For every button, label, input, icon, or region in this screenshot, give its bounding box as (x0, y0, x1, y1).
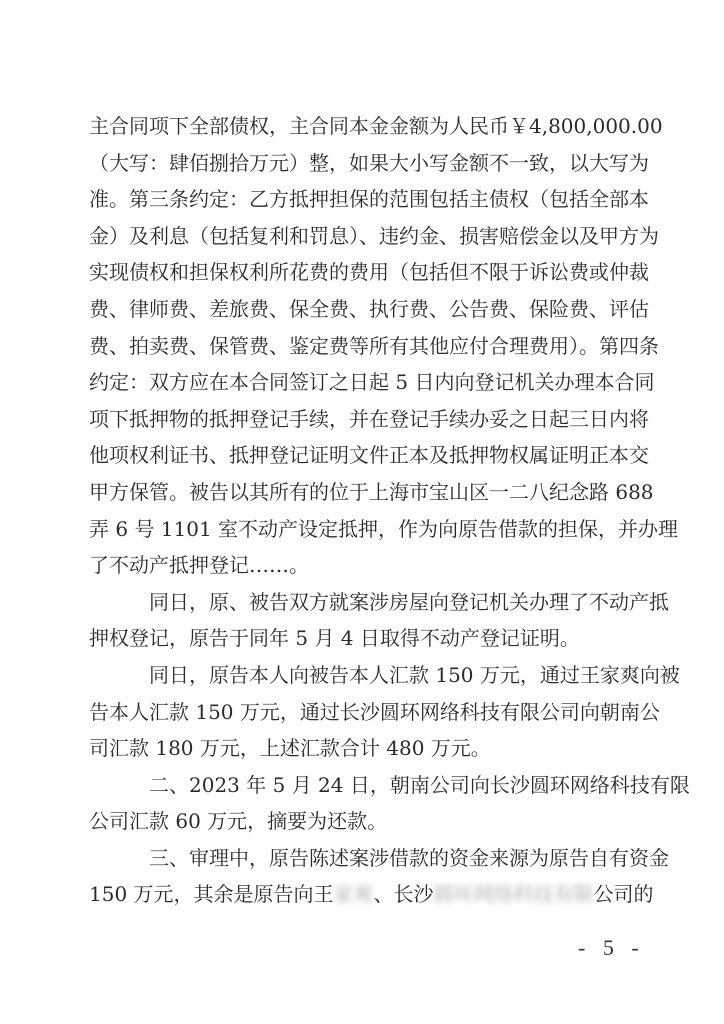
text-line: 弄 6 号 1101 室不动产设定抵押，作为向原告借款的担保，并办理 (89, 511, 635, 548)
text-line: 费、律师费、差旅费、保全费、执行费、公告费、保险费、评估 (89, 291, 635, 328)
page-number: - 5 - (578, 935, 645, 961)
text-line: （大写：肆佰捌拾万元）整，如果大小写金额不一致，以大写为 (89, 145, 635, 182)
text-segment: 公司的 (594, 882, 654, 906)
paragraph-start-line: 同日，原、被告双方就案涉房屋向登记机关办理了不动产抵 (89, 584, 635, 621)
text-line: 费、拍卖费、保管费、鉴定费等所有其他应付合理费用）。第四条 (89, 328, 635, 365)
text-line: 项下抵押物的抵押登记手续，并在登记手续办妥之日起三日内将 (89, 401, 635, 438)
body-text: 主合同项下全部债权，主合同本金金额为人民币￥4,800,000.00 （大写：肆… (89, 108, 635, 913)
text-line: 甲方保管。被告以其所有的位于上海市宝山区一二八纪念路 688 (89, 474, 635, 511)
text-segment: 150 万元，其余是原告向王 (89, 882, 334, 906)
text-line: 实现债权和担保权利所花费的费用（包括但不限于诉讼费或仲裁 (89, 254, 635, 291)
text-line: 他项权利证书、抵押登记证明文件正本及抵押物权属证明正本交 (89, 437, 635, 474)
paragraph-start-line: 三、审理中，原告陈述案涉借款的资金来源为原告自有资金 (89, 840, 635, 877)
redacted-company-name: 圆环网络科技有限 (434, 876, 594, 913)
paragraph-start-line: 二、2023 年 5 月 24 日，朝南公司向长沙圆环网络科技有限 (89, 767, 635, 804)
text-line-with-redactions: 150 万元，其余是原告向王家爽、长沙圆环网络科技有限公司的 (89, 876, 635, 913)
text-line: 金）及利息（包括复利和罚息）、违约金、损害赔偿金以及甲方为 (89, 218, 635, 255)
text-line: 告本人汇款 150 万元，通过长沙圆环网络科技有限公司向朝南公 (89, 694, 635, 731)
redacted-name: 家爽 (334, 876, 374, 913)
text-line: 准。第三条约定：乙方抵押担保的范围包括主债权（包括全部本 (89, 181, 635, 218)
paragraph-start-line: 同日，原告本人向被告本人汇款 150 万元，通过王家爽向被 (89, 657, 635, 694)
text-segment: 、长沙 (374, 882, 434, 906)
text-line: 约定：双方应在本合同签订之日起 5 日内向登记机关办理本合同 (89, 364, 635, 401)
text-line: 押权登记，原告于同年 5 月 4 日取得不动产登记证明。 (89, 620, 635, 657)
text-line: 主合同项下全部债权，主合同本金金额为人民币￥4,800,000.00 (89, 108, 635, 145)
text-line: 公司汇款 60 万元，摘要为还款。 (89, 803, 635, 840)
text-line: 司汇款 180 万元，上述汇款合计 480 万元。 (89, 730, 635, 767)
document-page: 主合同项下全部债权，主合同本金金额为人民币￥4,800,000.00 （大写：肆… (0, 0, 724, 1024)
text-line: 了不动产抵押登记……。 (89, 547, 635, 584)
